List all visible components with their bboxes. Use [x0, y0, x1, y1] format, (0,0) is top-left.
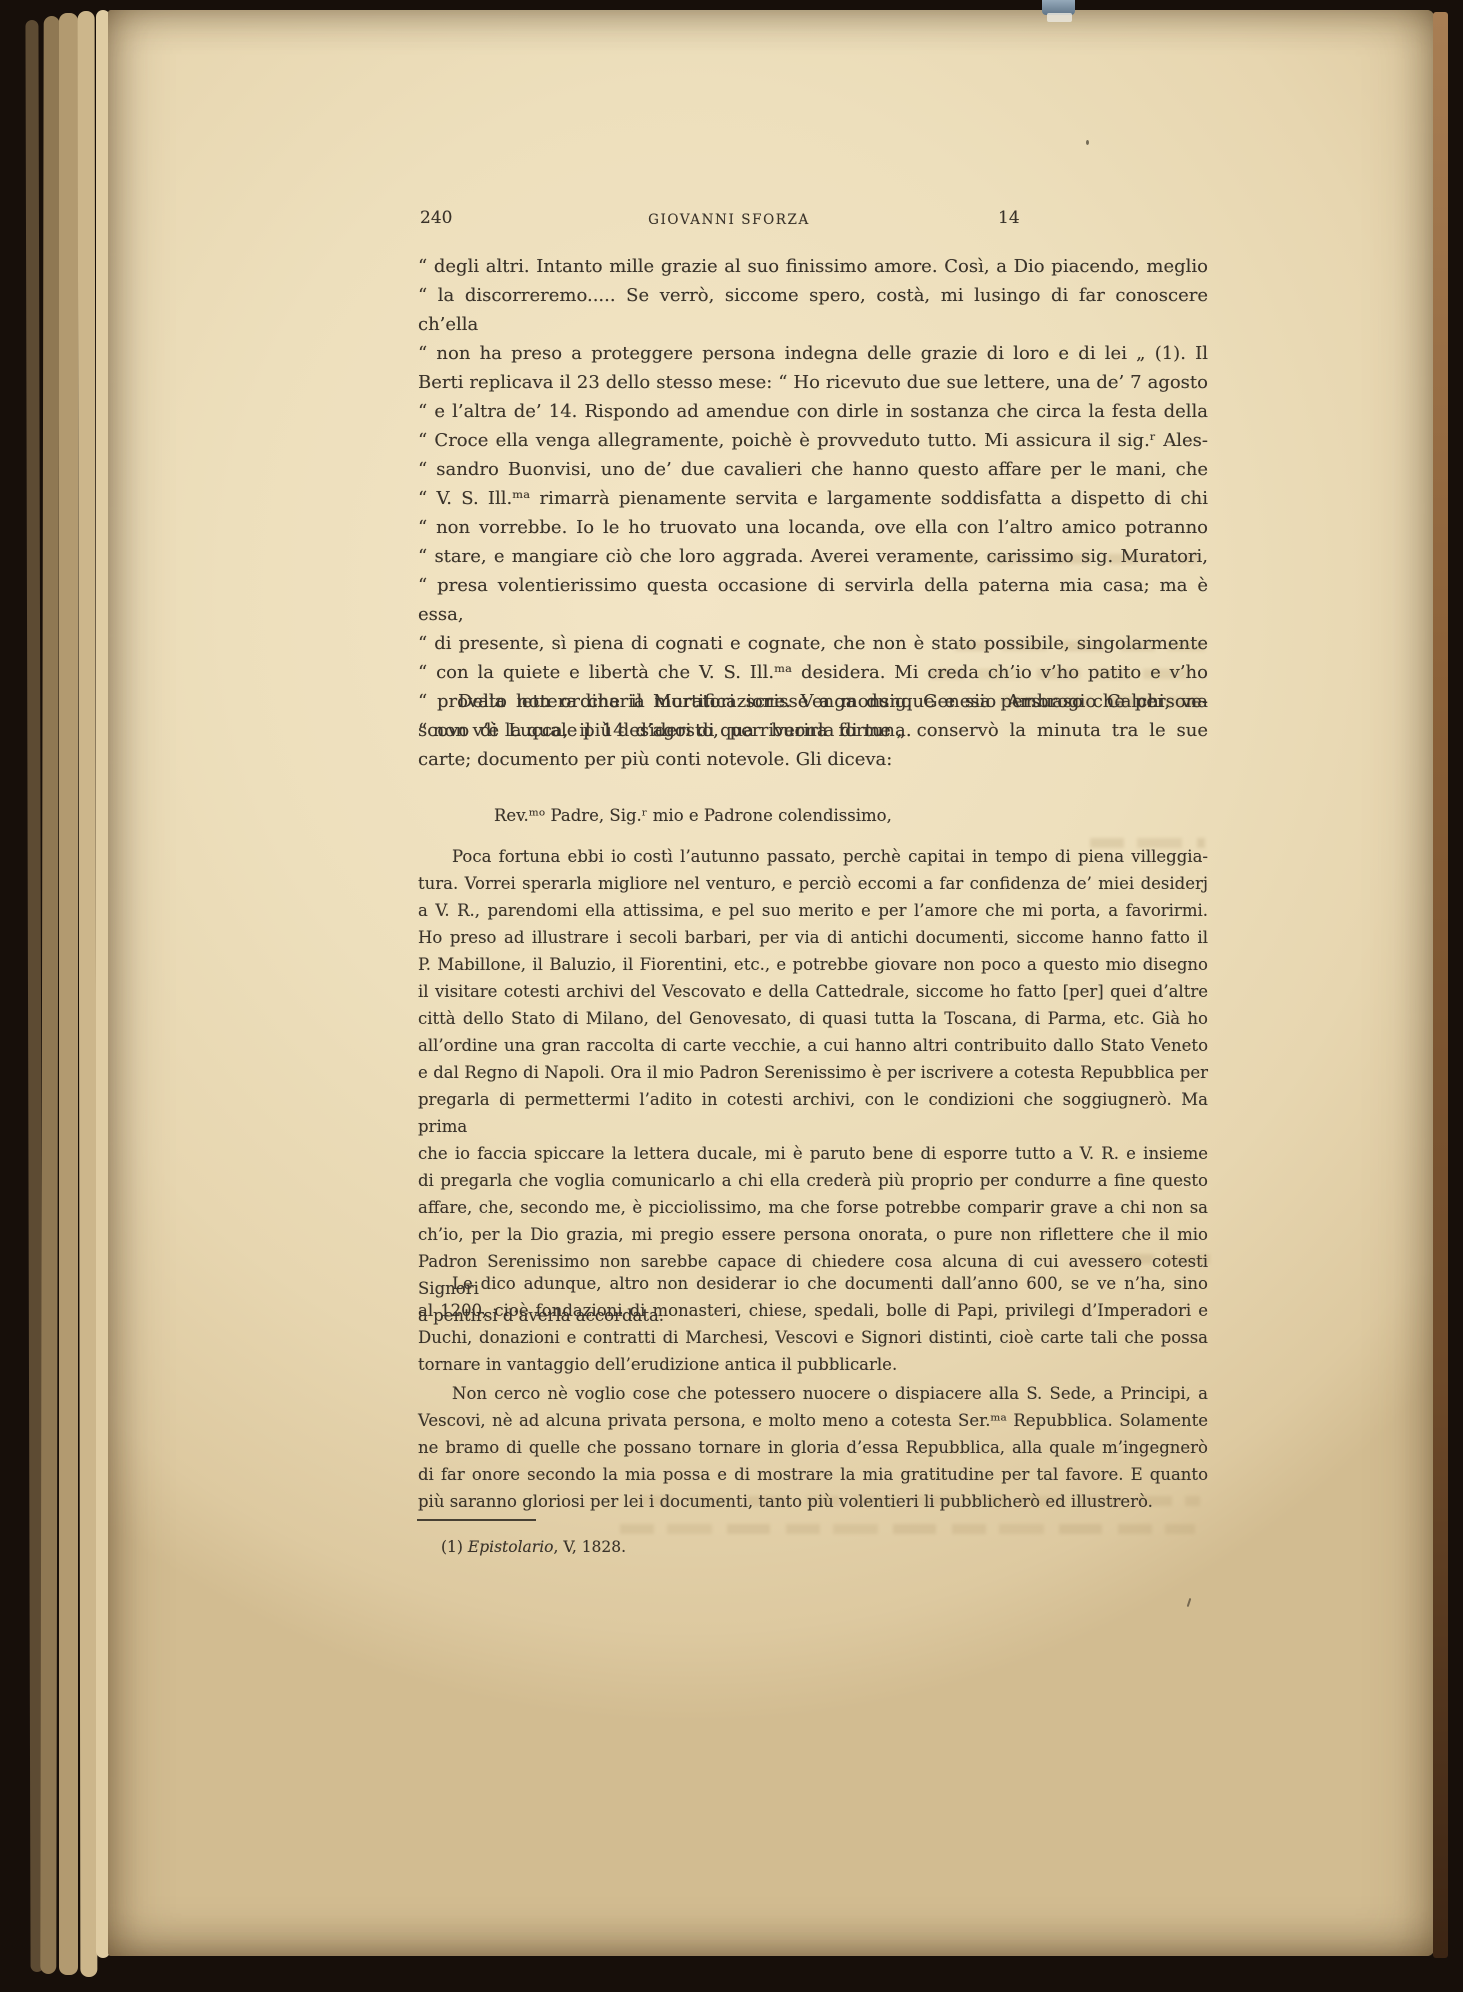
text-line: pregarla di permettermi l’adito in cotes… — [418, 1086, 1208, 1140]
text-line: “ di presente, sì piena di cognati e cog… — [418, 629, 1208, 658]
text-line: ch’io, per la Dio grazia, mi pregio esse… — [418, 1221, 1208, 1248]
running-title: GIOVANNI SFORZA — [604, 212, 854, 228]
footnote-work-title: Epistolario — [468, 1538, 554, 1556]
letter-paragraph-3: Non cerco nè voglio cose che potessero n… — [418, 1380, 1208, 1515]
text-line: Della lettera che il Muratori scrisse a … — [418, 687, 1208, 716]
text-line: “ stare, e mangiare ciò che loro aggrada… — [418, 542, 1208, 571]
text-line: il visitare cotesti archivi del Vescovat… — [418, 978, 1208, 1005]
footnote-marker: (1) — [441, 1538, 468, 1556]
text-line: “ sandro Buonvisi, uno de’ due cavalieri… — [418, 455, 1208, 484]
text-line: più saranno gloriosi per lei i documenti… — [418, 1488, 1208, 1515]
text-line: a V. R., parendomi ella attissima, e pel… — [418, 897, 1208, 924]
text-line: P. Mabillone, il Baluzio, il Fiorentini,… — [418, 951, 1208, 978]
text-line: “ presa volentierissimo questa occasione… — [418, 571, 1208, 629]
footnote-citation: , V, 1828. — [554, 1538, 627, 1556]
page-stack-edge — [78, 11, 98, 1977]
text-line: “ con la quiete e libertà che V. S. Ill.… — [418, 658, 1208, 687]
text-line: ne bramo di quelle che possano tornare i… — [418, 1434, 1208, 1461]
letter-paragraph-1: Poca fortuna ebbi io costì l’autunno pas… — [418, 843, 1208, 1329]
scan-artifact-white — [1047, 13, 1072, 22]
text-line: “ e l’altra de’ 14. Rispondo ad amendue … — [418, 397, 1208, 426]
text-line: che io faccia spiccare la lettera ducale… — [418, 1140, 1208, 1167]
text-line: città dello Stato di Milano, del Genoves… — [418, 1005, 1208, 1032]
quoted-passage: “ degli altri. Intanto mille grazie al s… — [418, 252, 1208, 745]
page-stack-edge — [40, 16, 59, 1974]
text-line: di far onore secondo la mia possa e di m… — [418, 1461, 1208, 1488]
text-line: affare, che, secondo me, è picciolissimo… — [418, 1194, 1208, 1221]
narrative-paragraph: Della lettera che il Muratori scrisse a … — [418, 687, 1208, 774]
text-line: carte; documento per più conti notevole.… — [418, 745, 1208, 774]
text-line: di pregarla che voglia comunicarlo a chi… — [418, 1167, 1208, 1194]
book-scan-screenshot: 240 GIOVANNI SFORZA 14 “ degli altri. In… — [0, 0, 1463, 1992]
text-line: all’ordine una gran raccolta di carte ve… — [418, 1032, 1208, 1059]
footnote: (1) Epistolario, V, 1828. — [417, 1538, 626, 1556]
page-number-left: 240 — [420, 208, 452, 228]
show-through-smudge — [620, 1524, 1195, 1534]
text-line: Duchi, donazioni e contratti di Marchesi… — [418, 1324, 1208, 1351]
page-number-right: 14 — [998, 208, 1020, 228]
text-line: tornare in vantaggio dell’erudizione ant… — [418, 1351, 1208, 1378]
text-line: Non cerco nè voglio cose che potessero n… — [418, 1380, 1208, 1407]
footnote-rule — [417, 1519, 536, 1521]
text-line: tura. Vorrei sperarla migliore nel ventu… — [418, 870, 1208, 897]
text-line: “ non ha preso a proteggere persona inde… — [418, 339, 1208, 368]
text-line: “ non vorrebbe. Io le ho truovato una lo… — [418, 513, 1208, 542]
letter-paragraph-2: Le dico adunque, altro non desiderar io … — [418, 1270, 1208, 1378]
text-line: Vescovi, nè ad alcuna privata persona, e… — [418, 1407, 1208, 1434]
page-stack-edge — [59, 13, 78, 1975]
text-line: Poca fortuna ebbi io costì l’autunno pas… — [418, 843, 1208, 870]
letter-salutation: Rev.ᵐᵒ Padre, Sig.ʳ mio e Padrone colend… — [494, 806, 892, 825]
text-line: “ Croce ella venga allegramente, poichè … — [418, 426, 1208, 455]
text-line: “ la discorreremo..... Se verrò, siccome… — [418, 281, 1208, 339]
text-line: al 1200, cioè fondazioni di monasteri, c… — [418, 1297, 1208, 1324]
text-line: “ degli altri. Intanto mille grazie al s… — [418, 252, 1208, 281]
text-line: Berti replicava il 23 dello stesso mese:… — [418, 368, 1208, 397]
text-line: scovo di Lucca, il 14 d’agosto, per buon… — [418, 716, 1208, 745]
next-page-edge — [1433, 12, 1448, 1958]
text-line: Ho preso ad illustrare i secoli barbari,… — [418, 924, 1208, 951]
text-line: “ V. S. Ill.ᵐᵃ rimarrà pienamente servit… — [418, 484, 1208, 513]
text-line: Le dico adunque, altro non desiderar io … — [418, 1270, 1208, 1297]
ink-speck — [1086, 140, 1089, 145]
text-line: e dal Regno di Napoli. Ora il mio Padron… — [418, 1059, 1208, 1086]
